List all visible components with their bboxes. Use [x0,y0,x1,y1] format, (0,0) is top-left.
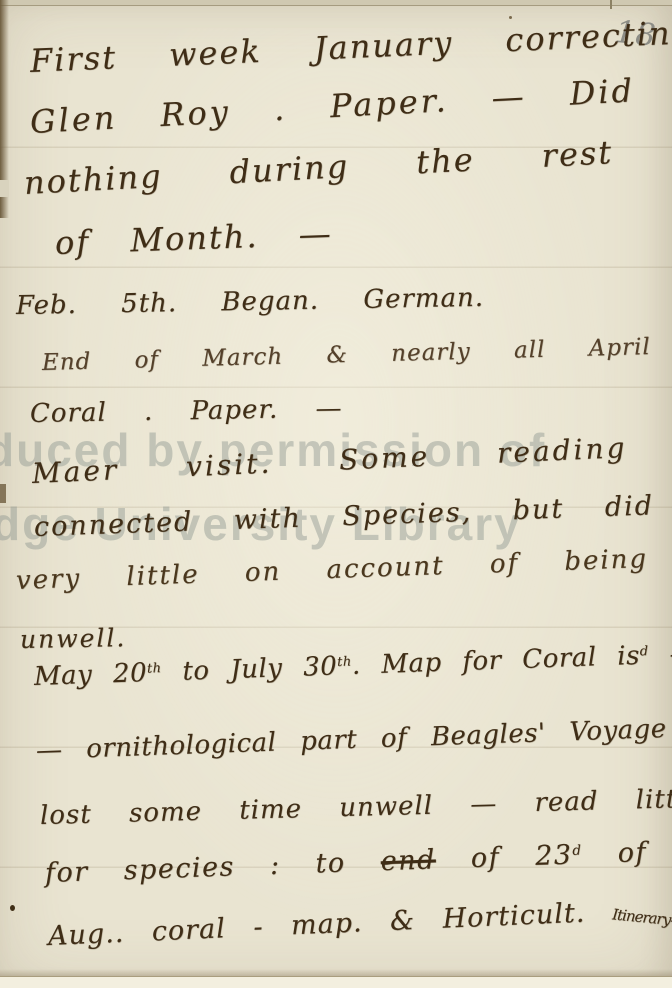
text-segment: Aug.. coral - map. & Horticult. [47,896,613,952]
manuscript-line: Feb. 5th. Began. German. [16,283,485,321]
text-segment: of [582,837,647,870]
text-segment: to July 30 [161,651,338,687]
cramped-text-segment: Itinerary— [612,905,672,930]
manuscript-line: nothing during the rest [23,133,614,202]
text-segment: for species : to [44,846,381,889]
manuscript-line: Aug.. coral - map. & Horticult. Itinerar… [47,893,672,952]
page-bottom-edge [0,976,672,988]
page-top-edge [0,0,672,6]
manuscript-line: of Month. — [54,214,333,262]
binding-notch [0,180,8,197]
struck-word: end [380,844,436,877]
manuscript-line: for species : to end of 23d of [44,837,647,889]
manuscript-line: First week January correcting [29,13,672,80]
manuscript-line: End of March & nearly all April [42,334,651,376]
manuscript-page: 18 duced by permission of dge University… [0,0,672,988]
edge-mark [610,0,612,9]
manuscript-line: unwell. [20,623,127,654]
superscript-text: th [337,654,352,670]
manuscript-line: very little on account of being [15,544,648,596]
text-segment: — [648,639,672,671]
manuscript-line: May 20th to July 30th. Map for Coral isd… [33,639,672,692]
ink-speck [10,905,15,911]
superscript-text: th [147,661,162,677]
ink-speck [509,16,512,19]
text-segment: . Map for Coral is [351,641,640,681]
manuscript-line: Coral . Paper. — [30,394,343,429]
text-segment: of 23 [435,840,573,876]
manuscript-line: Glen Roy . Paper. — Did [29,71,636,141]
manuscript-line: lost some time unwell — read little [40,784,672,831]
manuscript-line: — ornithological part of Beagles' Voyage… [35,712,672,766]
superscript-text: d [572,842,583,858]
text-segment: May 20 [33,658,147,692]
